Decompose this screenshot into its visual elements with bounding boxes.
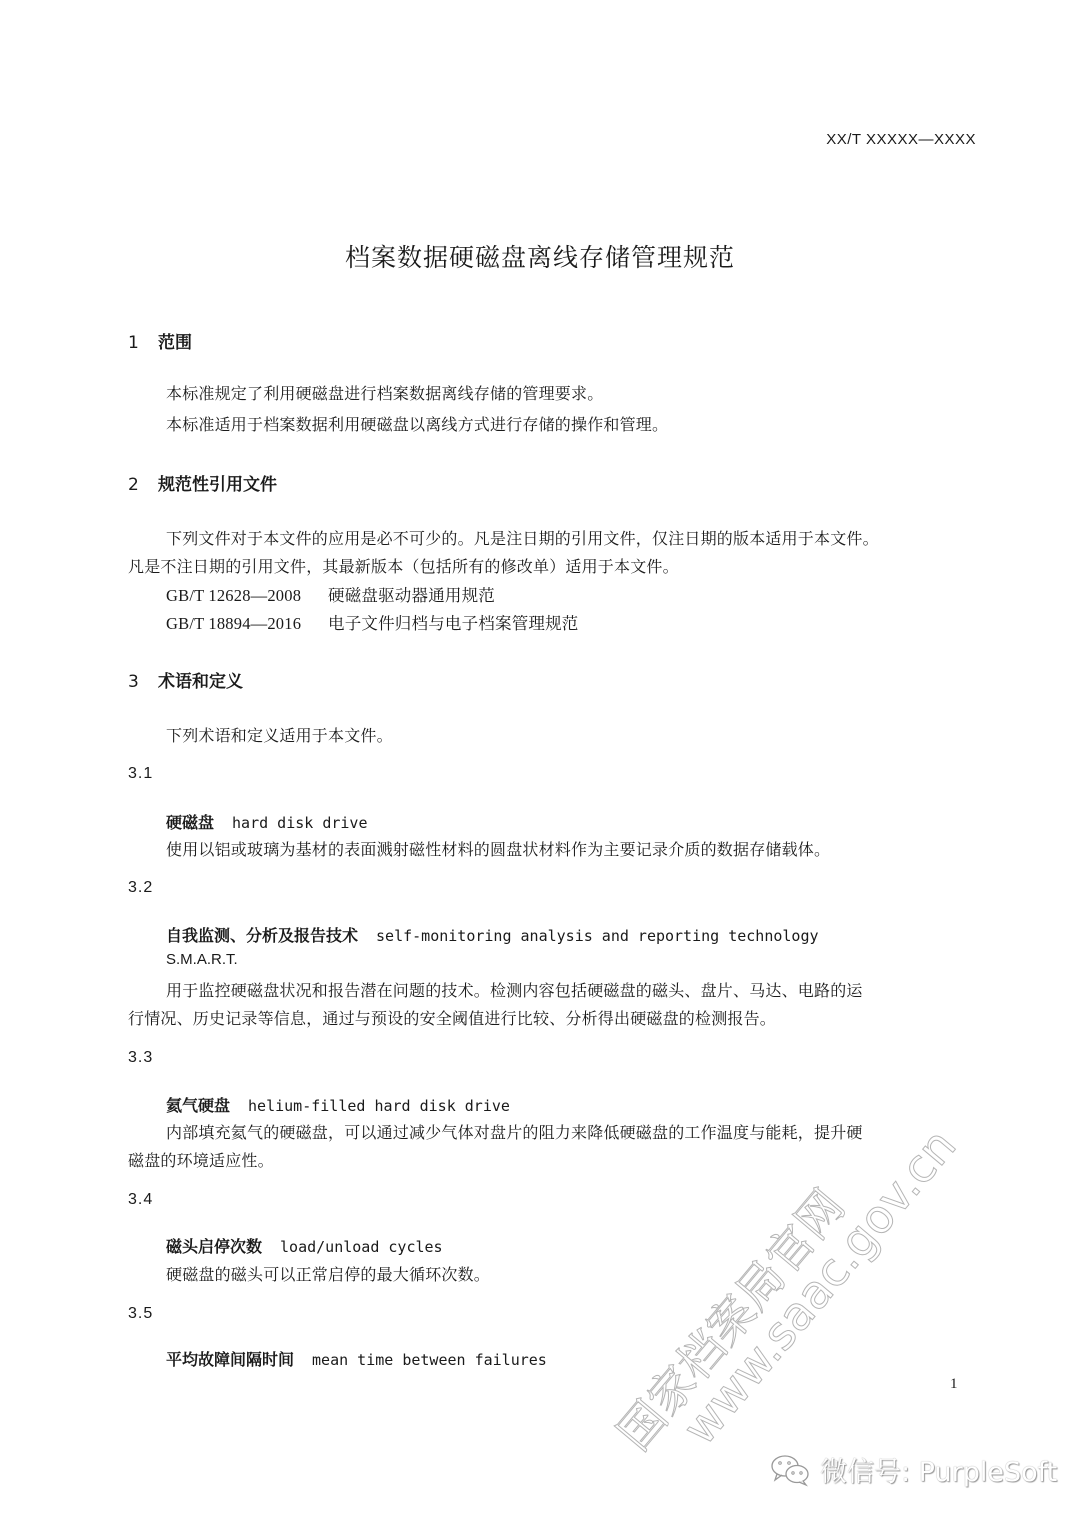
section-title: 术语和定义 (158, 672, 243, 692)
wechat-badge: 微信号: PurpleSoft (770, 1450, 1057, 1489)
section-title: 范围 (158, 333, 192, 353)
reference-name: 硬磁盘驱动器通用规范 (328, 586, 495, 605)
term-zh: 平均故障间隔时间 (166, 1350, 294, 1369)
subsection-number: 3.5 (128, 1305, 153, 1323)
subsection-number: 3.3 (128, 1049, 153, 1067)
paragraph: 下列文件对于本文件的应用是必不可少的。凡是注日期的引用文件，仅注日期的版本适用于… (166, 526, 879, 549)
term-heading: 磁头启停次数load/unload cycles (166, 1234, 443, 1257)
term-zh: 自我监测、分析及报告技术 (166, 926, 358, 945)
paragraph: 本标准适用于档案数据利用硬磁盘以离线方式进行存储的操作和管理。 (166, 412, 668, 435)
page-number: 1 (950, 1376, 958, 1393)
section-1-heading: 1范围 (128, 328, 192, 353)
term-heading: 氦气硬盘helium-filled hard disk drive (166, 1093, 510, 1116)
term-definition: 使用以铝或玻璃为基材的表面溅射磁性材料的圆盘状材料作为主要记录介质的数据存储载体… (166, 837, 830, 860)
term-definition: 硬磁盘的磁头可以正常启停的最大循环次数。 (166, 1262, 490, 1285)
standard-code: XX/T XXXXX—XXXX (826, 131, 976, 148)
subsection-number: 3.4 (128, 1191, 153, 1209)
section-number: 3 (128, 672, 158, 692)
reference-item: GB/T 18894—2016电子文件归档与电子档案管理规范 (166, 610, 579, 634)
reference-name: 电子文件归档与电子档案管理规范 (328, 614, 579, 633)
paragraph: 凡是不注日期的引用文件，其最新版本（包括所有的修改单）适用于本文件。 (128, 554, 679, 577)
section-number: 1 (128, 333, 158, 353)
section-3-heading: 3术语和定义 (128, 667, 243, 692)
term-definition: 用于监控硬磁盘状况和报告潜在问题的技术。检测内容包括硬磁盘的磁头、盘片、马达、电… (166, 978, 863, 1001)
term-en: load/unload cycles (280, 1238, 443, 1256)
term-definition: 行情况、历史记录等信息，通过与预设的安全阈值进行比较、分析得出硬磁盘的检测报告。 (128, 1006, 776, 1029)
wechat-id-text: 微信号: PurpleSoft (820, 1450, 1057, 1489)
document-title: 档案数据硬磁盘离线存储管理规范 (0, 238, 1080, 274)
reference-code: GB/T 12628—2008 (166, 586, 328, 606)
reference-code: GB/T 18894—2016 (166, 614, 328, 634)
term-definition: 内部填充氦气的硬磁盘，可以通过减少气体对盘片的阻力来降低硬磁盘的工作温度与能耗，… (166, 1120, 863, 1143)
paragraph: 本标准规定了利用硬磁盘进行档案数据离线存储的管理要求。 (166, 381, 603, 404)
section-number: 2 (128, 475, 158, 495)
term-zh: 磁头启停次数 (166, 1237, 262, 1256)
term-en: hard disk drive (232, 814, 367, 832)
term-zh: 氦气硬盘 (166, 1096, 230, 1115)
term-en: self-monitoring analysis and reporting t… (376, 927, 819, 945)
subsection-number: 3.2 (128, 879, 153, 897)
term-heading: 平均故障间隔时间mean time between failures (166, 1347, 547, 1370)
term-en: mean time between failures (312, 1351, 547, 1369)
term-en: helium-filled hard disk drive (248, 1097, 510, 1115)
paragraph: 下列术语和定义适用于本文件。 (166, 723, 393, 746)
wechat-icon (770, 1453, 810, 1487)
term-heading: 自我监测、分析及报告技术self-monitoring analysis and… (166, 923, 819, 946)
term-definition: 磁盘的环境适应性。 (128, 1148, 274, 1171)
section-title: 规范性引用文件 (158, 475, 277, 495)
reference-item: GB/T 12628—2008硬磁盘驱动器通用规范 (166, 582, 495, 606)
term-abbreviation: S.M.A.R.T. (166, 951, 238, 968)
term-heading: 硬磁盘hard disk drive (166, 810, 367, 833)
subsection-number: 3.1 (128, 765, 153, 783)
term-zh: 硬磁盘 (166, 813, 214, 832)
section-2-heading: 2规范性引用文件 (128, 470, 277, 495)
